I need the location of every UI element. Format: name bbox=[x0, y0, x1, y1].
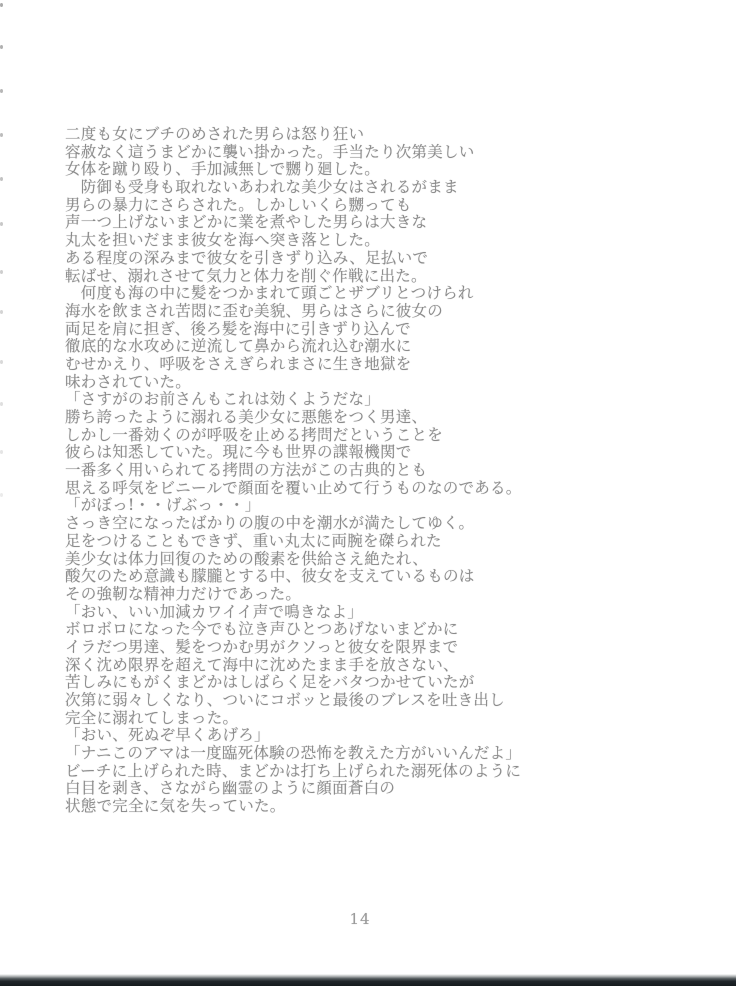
scan-speck bbox=[0, 310, 3, 314]
text-line: 美少女は体力回復のための酸素を供給さえ絶たれ、 bbox=[65, 551, 625, 569]
scan-speck bbox=[0, 3, 3, 7]
scan-speck bbox=[0, 493, 3, 497]
scanned-document-page: 二度も女にブチのめされた男らは怒り狂い容赦なく這うまどかに襲い掛かった。手当たり… bbox=[0, 0, 736, 986]
text-line: 完全に溺れてしまった。 bbox=[65, 710, 625, 728]
text-line: 苦しみにもがくまどかはしばらく足をバタつかせていたが bbox=[65, 674, 625, 692]
text-line: 二度も女にブチのめされた男らは怒り狂い bbox=[65, 126, 625, 144]
text-line: 声一つ上げないまどかに業を煮やした男らは大きな bbox=[65, 214, 625, 232]
scan-speck bbox=[0, 89, 3, 93]
text-line: 思える呼気をビニールで顔面を覆い止めて行うものなのである。 bbox=[65, 480, 625, 498]
text-line: ある程度の深みまで彼女を引きずり込み、足払いで bbox=[65, 250, 625, 268]
text-line: 転ばせ、溺れさせて気力と体力を削ぐ作戦に出た。 bbox=[65, 268, 625, 286]
text-line: 次第に弱々しくなり、ついにコボッと最後のブレスを吐き出し bbox=[65, 692, 625, 710]
scan-speck bbox=[0, 360, 3, 364]
text-line: ビーチに上げられた時、まどかは打ち上げられた溺死体のように bbox=[65, 763, 625, 781]
text-line: 男らの暴力にさらされた。しかしいくら嬲っても bbox=[65, 197, 625, 215]
text-line: 一番多く用いられてる拷問の方法がこの古典的とも bbox=[65, 462, 625, 480]
text-line: 深く沈め限界を超えて海中に沈めたまま手を放さない、 bbox=[65, 657, 625, 675]
text-line: 「さすがのお前さんもこれは効くようだな」 bbox=[65, 391, 625, 409]
scan-edge-strip bbox=[0, 974, 736, 986]
text-line: 味わされていた。 bbox=[65, 374, 625, 392]
text-line: イラだつ男達、髪をつかむ男がクソっと彼女を限界まで bbox=[65, 639, 625, 657]
text-line: 容赦なく這うまどかに襲い掛かった。手当たり次第美しい bbox=[65, 144, 625, 162]
text-line: 「おい、いい加減カワイイ声で鳴きなよ」 bbox=[65, 604, 625, 622]
text-line: 徹底的な水攻めに逆流して鼻から流れ込む潮水に bbox=[65, 338, 625, 356]
scan-speck bbox=[0, 450, 3, 454]
text-line: 両足を肩に担ぎ、後ろ髪を海中に引きずり込んで bbox=[65, 321, 625, 339]
text-line: 女体を蹴り殴り、手加減無しで嬲り廻した。 bbox=[65, 161, 625, 179]
scan-speck bbox=[0, 177, 3, 181]
text-line: むせかえり、呼吸をさえぎられまさに生き地獄を bbox=[65, 356, 625, 374]
text-line: さっき空になったばかりの腹の中を潮水が満たしてゆく。 bbox=[65, 515, 625, 533]
text-line: 海水を飲まされ苦悶に歪む美貌、男らはさらに彼女の bbox=[65, 303, 625, 321]
text-line: ボロボロになった今でも泣き声ひとつあげないまどかに bbox=[65, 621, 625, 639]
scan-speck bbox=[0, 222, 3, 226]
text-line: 勝ち誇ったように溺れる美少女に悪態をつく男達、 bbox=[65, 409, 625, 427]
page-number: 14 bbox=[0, 910, 720, 928]
scan-speck bbox=[0, 402, 3, 406]
text-line: 彼らは知悉していた。現に今も世界の諜報機関で bbox=[65, 444, 625, 462]
text-line: その強靭な精神力だけであった。 bbox=[65, 586, 625, 604]
text-line: しかし一番効くのが呼吸を止める拷問だということを bbox=[65, 427, 625, 445]
text-line: 足をつけることもできず、重い丸太に両腕を磔られた bbox=[65, 533, 625, 551]
text-line: 何度も海の中に髪をつかまれて頭ごとザブリとつけられ bbox=[65, 285, 625, 303]
text-line: 「がぼっ!・・げぶっ・・」 bbox=[65, 497, 625, 515]
text-line: 状態で完全に気を失っていた。 bbox=[65, 798, 625, 816]
text-line: 丸太を担いだまま彼女を海へ突き落とした。 bbox=[65, 232, 625, 250]
text-line: 防御も受身も取れないあわれな美少女はされるがまま bbox=[65, 179, 625, 197]
text-line: 白目を剥き、さながら幽霊のように顔面蒼白の bbox=[65, 780, 625, 798]
scan-speck bbox=[0, 45, 3, 49]
scan-speck bbox=[0, 133, 3, 137]
text-line: 「おい、死ぬぞ早くあげろ」 bbox=[65, 727, 625, 745]
scan-speck bbox=[0, 270, 3, 274]
text-line: 酸欠のため意識も朦朧とする中、彼女を支えているものは bbox=[65, 568, 625, 586]
text-line: 「ナニこのアマは一度臨死体験の恐怖を教えた方がいいんだよ」 bbox=[65, 745, 625, 763]
body-text: 二度も女にブチのめされた男らは怒り狂い容赦なく這うまどかに襲い掛かった。手当たり… bbox=[65, 126, 625, 816]
